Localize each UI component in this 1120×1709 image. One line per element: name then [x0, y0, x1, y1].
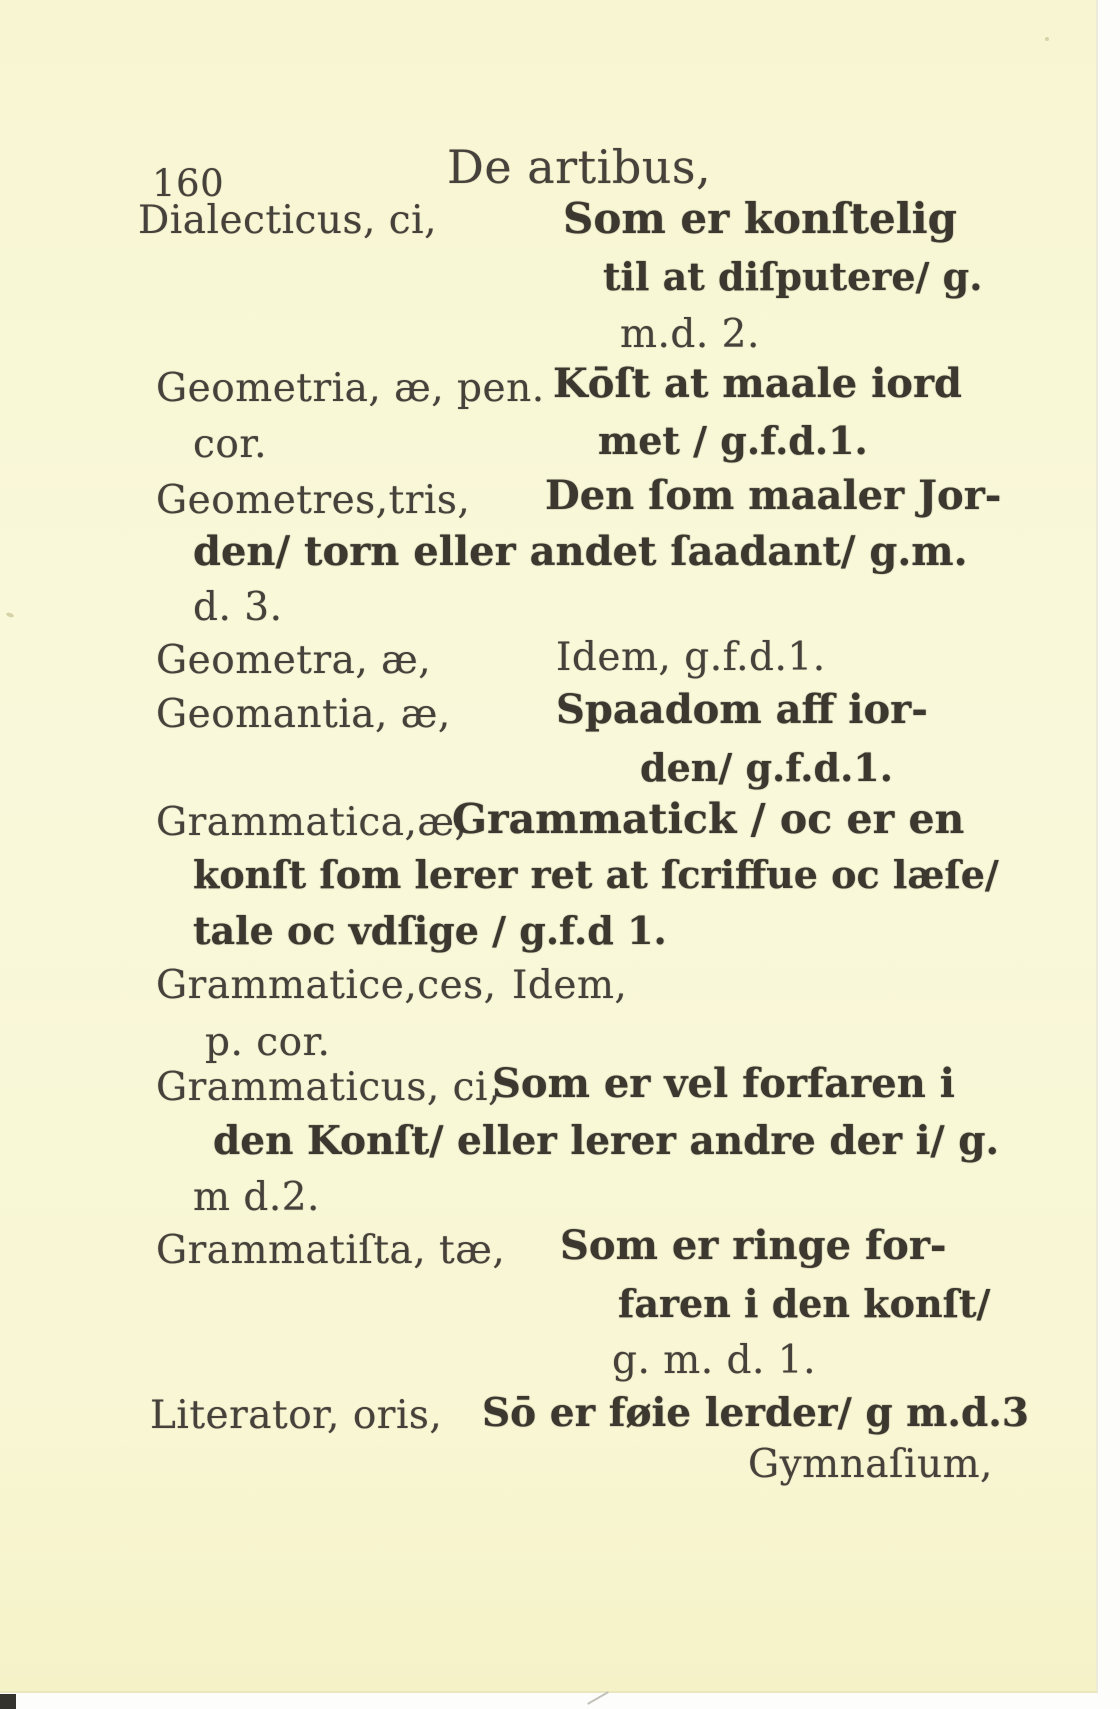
definition-grammatica-3: tale oc vdſige / g.f.d 1. — [193, 908, 667, 953]
definition-grammatista-2: faren i den konſt/ — [618, 1281, 990, 1326]
headword-grammatista: Grammatiſta, tæ, — [156, 1228, 505, 1273]
headword-grammatice: Grammatice,ces, — [156, 963, 497, 1008]
scan-corner-artifact — [0, 1694, 16, 1709]
definition-grammaticus-2: den Konſt/ eller lerer andre der i/ g. — [213, 1118, 999, 1164]
definition-geomantia-2: den/ g.f.d.1. — [640, 745, 893, 790]
definition-grammatice: Idem, — [512, 963, 627, 1008]
definition-grammatica-1: Grammatick / oc er en — [452, 795, 964, 843]
catchword: Gymnaſium, — [748, 1442, 993, 1487]
running-head: De artibus, — [447, 140, 711, 194]
headword-geometra: Geometra, æ, — [156, 638, 431, 683]
scanned-dictionary-page: 160De artibus,Dialecticus, ci,Som er kon… — [0, 0, 1120, 1709]
definition-geometria-2: met / g.f.d.1. — [598, 418, 868, 463]
definition-dialecticus-1: Som er konſtelig — [563, 194, 957, 243]
definition-geomantia-1: Spaadom aff ior- — [556, 686, 928, 733]
definition-grammatista-3: g. m. d. 1. — [612, 1338, 816, 1383]
definition-dialecticus-2: til at diſputere/ g. — [603, 254, 982, 299]
headword-geometria: Geometria, æ, pen. — [156, 366, 545, 411]
pencil-stroke-artifact — [587, 1691, 609, 1705]
headword-geometria-cont: cor. — [193, 422, 267, 467]
definition-geometres-1: Den ſom maaler Jor- — [545, 472, 1001, 519]
text-layer: 160De artibus,Dialecticus, ci,Som er kon… — [0, 0, 1096, 1691]
definition-grammaticus-3: m d.2. — [193, 1175, 320, 1220]
headword-grammatice-cont: p. cor. — [205, 1020, 330, 1065]
definition-dialecticus-3: m.d. 2. — [620, 312, 760, 357]
paper-sheet: 160De artibus,Dialecticus, ci,Som er kon… — [0, 0, 1098, 1693]
headword-grammatica: Grammatica,æ, — [156, 800, 467, 845]
definition-geometres-2: den/ torn eller andet ſaadant/ g.m. — [193, 528, 968, 575]
headword-grammaticus: Grammaticus, ci, — [156, 1065, 501, 1110]
headword-geomantia: Geomantia, æ, — [156, 692, 451, 737]
definition-grammaticus-1: Som er vel forfaren i — [492, 1060, 955, 1107]
headword-geometres: Geometres,tris, — [156, 478, 470, 523]
definition-geometra: Idem, g.f.d.1. — [556, 635, 826, 680]
definition-literator: Sō er føie lerder/ g m.d.3 — [482, 1390, 1029, 1436]
headword-dialecticus: Dialecticus, ci, — [138, 198, 437, 243]
headword-literator: Literator, oris, — [150, 1393, 442, 1438]
definition-grammatica-2: konſt ſom lerer ret at ſcriffue oc læſe/ — [193, 852, 999, 897]
definition-grammatista-1: Som er ringe for- — [560, 1222, 947, 1269]
definition-geometria-1: Kōſt at maale iord — [553, 360, 962, 407]
definition-geometres-3: d. 3. — [193, 585, 282, 630]
paper-speck — [1045, 37, 1049, 41]
